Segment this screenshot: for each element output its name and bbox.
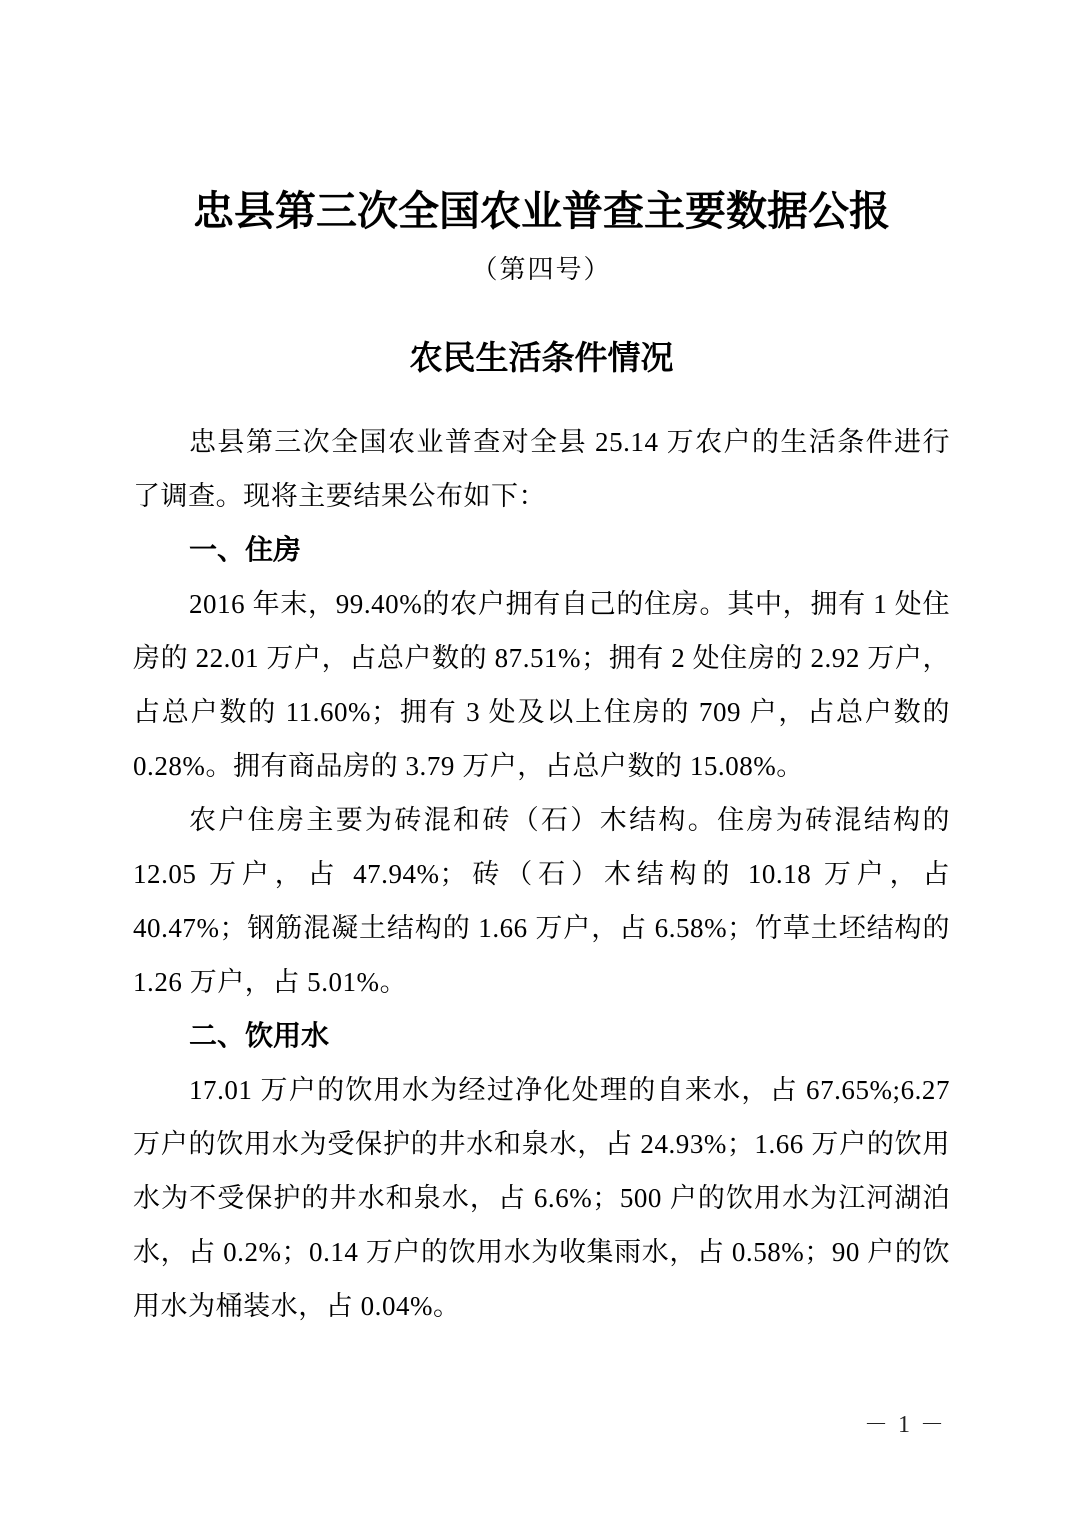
document-title: 忠县第三次全国农业普查主要数据公报: [133, 0, 950, 234]
intro-paragraph: 忠县第三次全国农业普查对全县 25.14 万农户的生活条件进行了调查。现将主要结…: [133, 415, 950, 523]
document-subtitle: 农民生活条件情况: [133, 341, 950, 377]
document-body: 忠县第三次全国农业普查对全县 25.14 万农户的生活条件进行了调查。现将主要结…: [133, 415, 950, 1333]
housing-paragraph-ownership: 2016 年末，99.40%的农户拥有自己的住房。其中，拥有 1 处住房的 22…: [133, 577, 950, 793]
section-heading-housing: 一、住房: [133, 523, 950, 577]
document-content: 忠县第三次全国农业普查主要数据公报 （第四号） 农民生活条件情况 忠县第三次全国…: [0, 0, 1074, 1333]
document-page: 忠县第三次全国农业普查主要数据公报 （第四号） 农民生活条件情况 忠县第三次全国…: [0, 0, 1074, 1520]
issue-number: （第四号）: [133, 252, 950, 288]
section-heading-drinking-water: 二、饮用水: [133, 1009, 950, 1063]
page-number: － 1 －: [864, 1412, 946, 1438]
drinking-water-paragraph: 17.01 万户的饮用水为经过净化处理的自来水，占 67.65%;6.27 万户…: [133, 1063, 950, 1333]
housing-paragraph-structure: 农户住房主要为砖混和砖（石）木结构。住房为砖混结构的 12.05 万户，占 47…: [133, 793, 950, 1009]
